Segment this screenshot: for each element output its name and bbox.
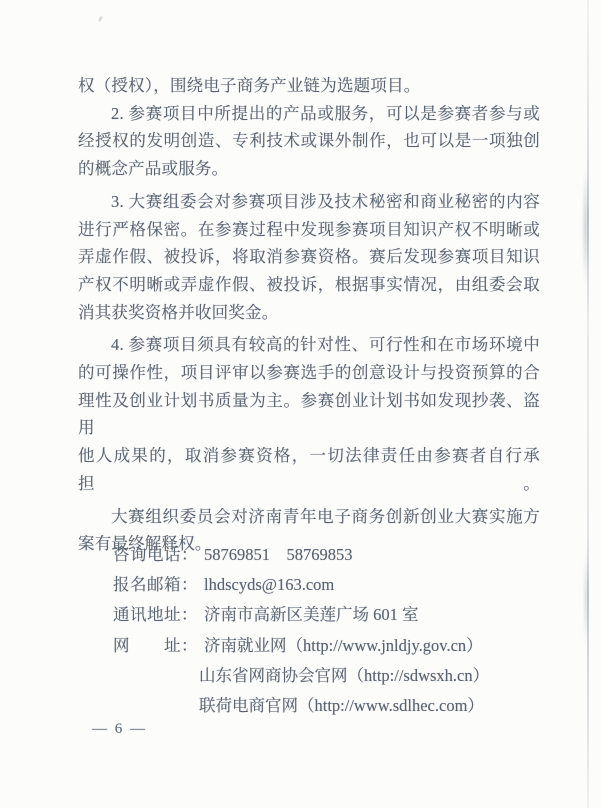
contact-row-email: 报名邮箱：lhdscyds@163.com xyxy=(113,570,489,600)
contact-value: 济南市高新区美莲广场 601 室 xyxy=(198,605,419,624)
contact-label: 网 址： xyxy=(113,636,198,655)
contact-row-website: 网 址：济南就业网（http://www.jnldjy.gov.cn） xyxy=(113,631,489,661)
scan-edge-line xyxy=(587,0,589,808)
contact-label: 报名邮箱： xyxy=(113,575,198,594)
doc-line: 权（授权），围绕电子商务产业链为选题项目。 xyxy=(78,72,540,100)
doc-line: 消其获奖资格并收回奖金。 xyxy=(78,299,540,327)
contact-label: 咨询电话： xyxy=(113,545,198,564)
contact-row-address: 通讯地址：济南市高新区美莲广场 601 室 xyxy=(113,600,489,630)
doc-line: 4. 参赛项目须具有较高的针对性、可行性和在市场环境中 xyxy=(78,331,540,359)
contact-website-line: 联荷电商官网（http://www.sdlhec.com） xyxy=(113,691,489,721)
page-number: — 6 — xyxy=(92,721,147,738)
doc-line: 弄虚作假、被投诉，将取消参赛资格。赛后发现参赛项目知识 xyxy=(78,243,540,271)
doc-line: 2. 参赛项目中所提出的产品或服务，可以是参赛者参与或 xyxy=(78,100,540,128)
doc-line: 产权不明晰或弄虚作假、被投诉，根据事实情况，由组委会取 xyxy=(78,271,540,299)
contact-value: 济南就业网（http://www.jnldjy.gov.cn） xyxy=(198,636,483,655)
doc-line: 的可操作性，项目评审以参赛选手的创意设计与投资预算的合 xyxy=(78,359,540,387)
contact-row-phone: 咨询电话：58769851 58769853 xyxy=(113,540,489,570)
contact-website-line: 山东省网商协会官网（http://sdwsxh.cn） xyxy=(113,661,489,691)
scan-speck xyxy=(98,16,103,23)
contact-block: 咨询电话：58769851 58769853 报名邮箱：lhdscyds@163… xyxy=(113,540,489,721)
doc-line: 大赛组织委员会对济南青年电子商务创新创业大赛实施方 xyxy=(78,503,540,531)
document-body: 权（授权），围绕电子商务产业链为选题项目。 2. 参赛项目中所提出的产品或服务，… xyxy=(78,72,540,558)
doc-line: 他人成果的，取消参赛资格，一切法律责任由参赛者自行承担。 xyxy=(78,442,540,497)
scanned-document-page: 权（授权），围绕电子商务产业链为选题项目。 2. 参赛项目中所提出的产品或服务，… xyxy=(0,0,601,808)
doc-line: 理性及创业计划书质量为主。参赛创业计划书如发现抄袭、盗用 xyxy=(78,387,540,442)
doc-line: 进行严格保密。在参赛过程中发现参赛项目知识产权不明晰或 xyxy=(78,216,540,244)
doc-line: 3. 大赛组委会对参赛项目涉及技术秘密和商业秘密的内容 xyxy=(78,188,540,216)
doc-line: 经授权的发明创造、专利技术或课外制作，也可以是一项独创 xyxy=(78,127,540,155)
contact-label: 通讯地址： xyxy=(113,605,198,624)
doc-line: 的概念产品或服务。 xyxy=(78,155,540,183)
contact-value: 58769851 58769853 xyxy=(198,545,353,564)
contact-value: lhdscyds@163.com xyxy=(198,575,334,594)
